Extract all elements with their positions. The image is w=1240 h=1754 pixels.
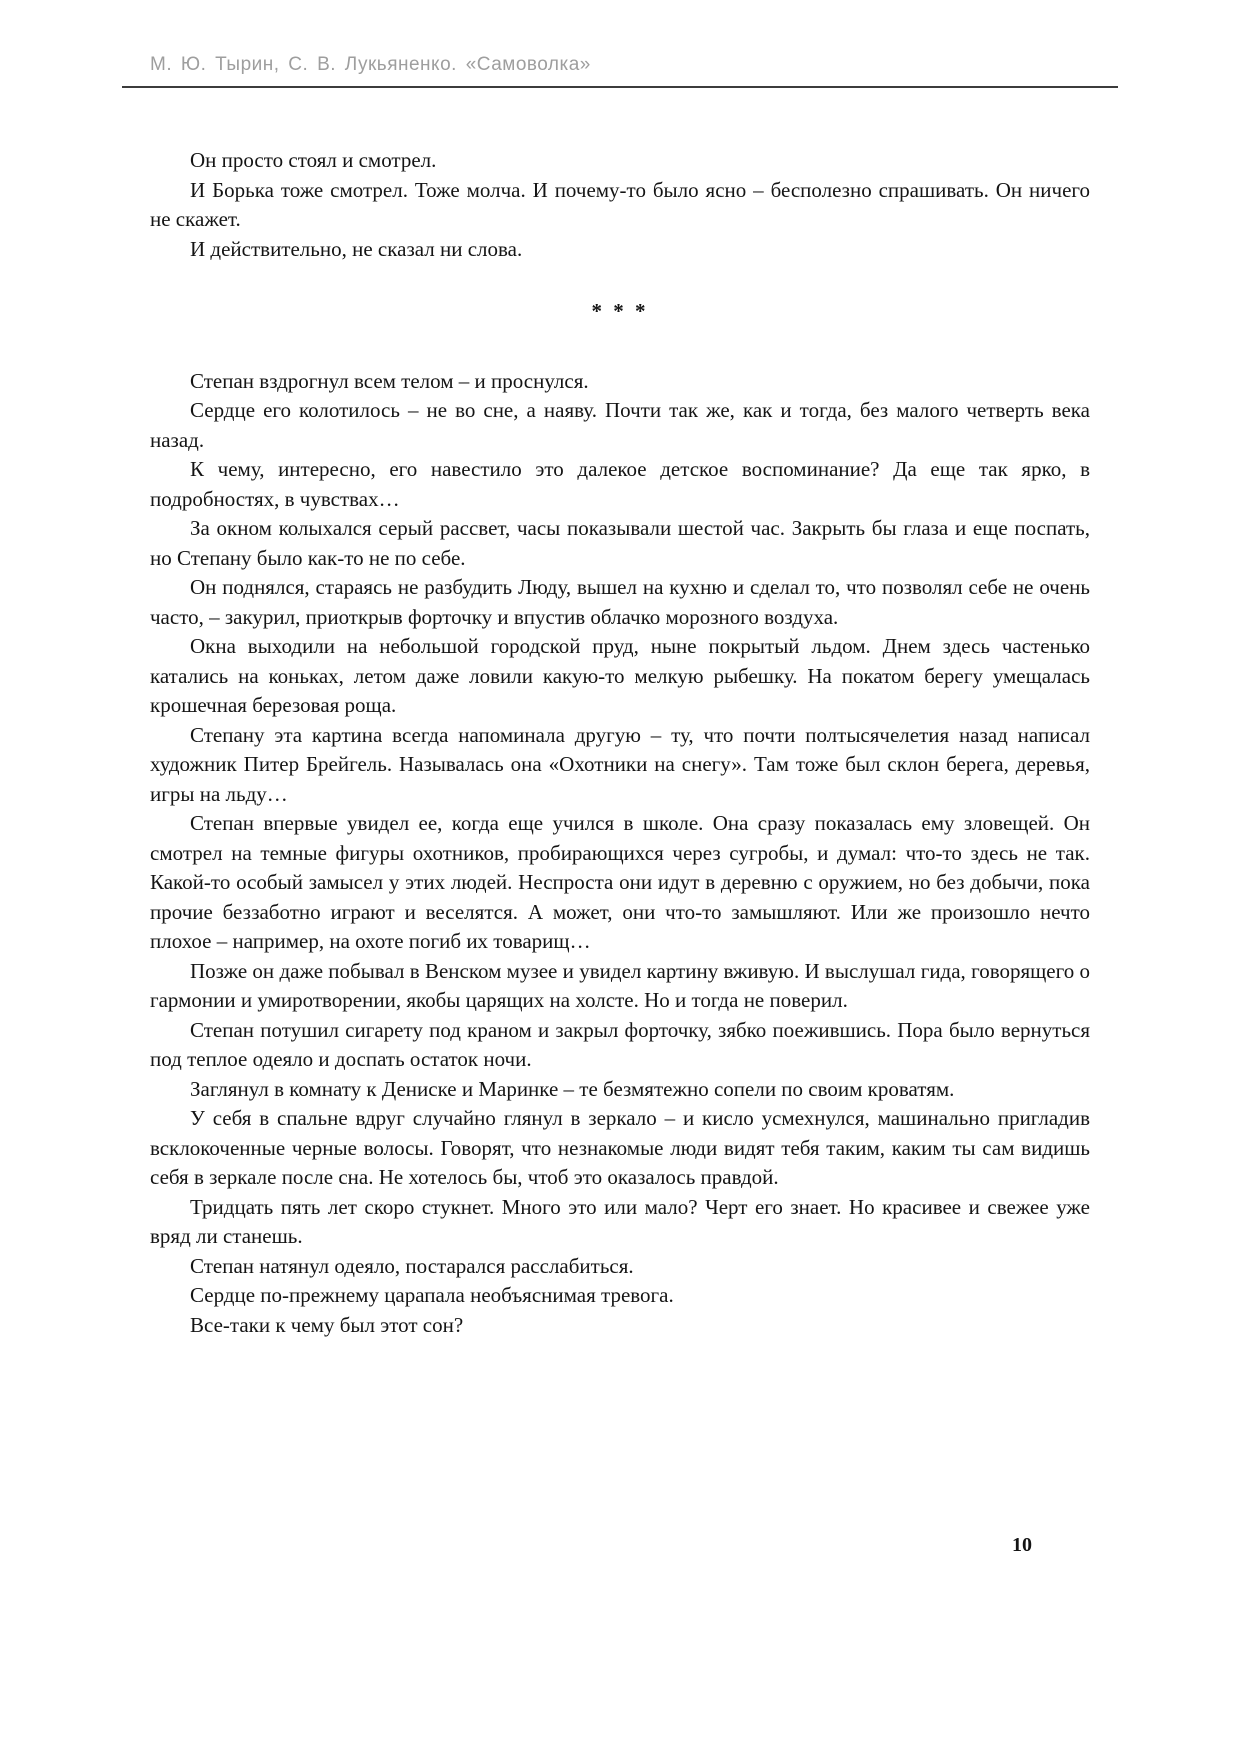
body-text: Он просто стоял и смотрел. И Борька тоже… — [150, 146, 1090, 1340]
paragraph: И Борька тоже смотрел. Тоже молча. И поч… — [150, 176, 1090, 235]
paragraph: За окном колыхался серый рассвет, часы п… — [150, 514, 1090, 573]
paragraph: Степан натянул одеяло, постарался рассла… — [150, 1252, 1090, 1282]
paragraph: Он поднялся, стараясь не разбудить Люду,… — [150, 573, 1090, 632]
paragraph: Степан вздрогнул всем телом – и проснулс… — [150, 367, 1090, 397]
paragraph: Степану эта картина всегда напоминала др… — [150, 721, 1090, 810]
paragraph: К чему, интересно, его навестило это дал… — [150, 455, 1090, 514]
paragraph: И действительно, не сказал ни слова. — [150, 235, 1090, 265]
paragraph: Все-таки к чему был этот сон? — [150, 1311, 1090, 1341]
section-separator: * * * — [150, 297, 1090, 327]
paragraph: Степан впервые увидел ее, когда еще учил… — [150, 809, 1090, 957]
running-header-title: М. Ю. Тырин, С. В. Лукьяненко. «Самоволк… — [150, 54, 1096, 76]
header-rule — [122, 86, 1118, 88]
paragraph: Позже он даже побывал в Венском музее и … — [150, 957, 1090, 1016]
paragraph: Он просто стоял и смотрел. — [150, 146, 1090, 176]
page-number: 10 — [1012, 1534, 1032, 1557]
book-page: М. Ю. Тырин, С. В. Лукьяненко. «Самоволк… — [0, 0, 1240, 1754]
paragraph: Заглянул в комнату к Дениске и Маринке –… — [150, 1075, 1090, 1105]
paragraph: Степан потушил сигарету под краном и зак… — [150, 1016, 1090, 1075]
paragraph: Тридцать пять лет скоро стукнет. Много э… — [150, 1193, 1090, 1252]
paragraph: У себя в спальне вдруг случайно глянул в… — [150, 1104, 1090, 1193]
paragraph: Сердце по-прежнему царапала необъяснимая… — [150, 1281, 1090, 1311]
paragraph: Сердце его колотилось – не во сне, а ная… — [150, 396, 1090, 455]
paragraph: Окна выходили на небольшой городской пру… — [150, 632, 1090, 721]
